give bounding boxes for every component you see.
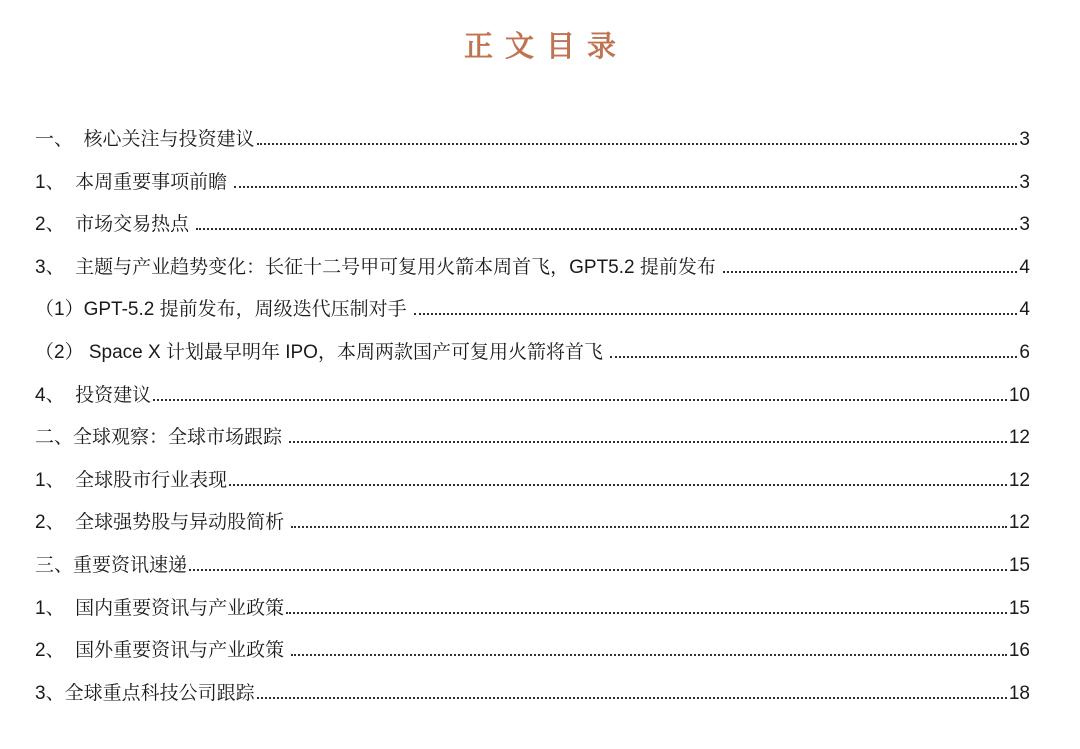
toc-leader-dots [289,441,1007,443]
toc-leader-dots [257,143,1018,145]
toc-entry[interactable]: 1、 国内重要资讯与产业政策 15 [35,582,1030,625]
toc-leader-dots [229,484,1007,486]
toc-entry-label: 二、全球观察：全球市场跟踪 [35,422,287,449]
toc-entry-page: 16 [1009,640,1030,662]
toc-entry-label: 1、 全球股市行业表现 [35,465,227,492]
toc-leader-dots [723,271,1017,273]
table-of-contents: 一、 核心关注与投资建议 3 1、 本周重要事项前瞻 3 2、 市场交易热点 3… [0,113,1080,709]
toc-entry[interactable]: 2、 国外重要资讯与产业政策 16 [35,624,1030,667]
toc-entry[interactable]: 1、 全球股市行业表现 12 [35,454,1030,497]
toc-entry-page: 18 [1009,683,1030,705]
toc-entry-page: 15 [1009,598,1030,620]
toc-entry[interactable]: （2） Space X 计划最早明年 IPO，本周两款国产可复用火箭将首飞 6 [35,326,1030,369]
toc-entry-label: 1、 本周重要事项前瞻 [35,167,232,194]
toc-entry-label: 三、重要资讯速递 [35,550,187,577]
page-title: 正文目录 [0,0,1080,65]
toc-entry-page: 4 [1019,257,1030,279]
toc-entry-label: （2） Space X 计划最早明年 IPO，本周两款国产可复用火箭将首飞 [35,337,608,364]
toc-entry-label: 2、 市场交易热点 [35,209,194,236]
toc-entry[interactable]: 3、全球重点科技公司跟踪 18 [35,667,1030,710]
toc-entry-label: 1、 国内重要资讯与产业政策 [35,593,284,620]
toc-entry-page: 3 [1019,129,1030,151]
toc-entry-page: 4 [1019,299,1030,321]
toc-entry-page: 10 [1009,385,1030,407]
toc-leader-dots [414,313,1018,315]
toc-entry-page: 6 [1019,342,1030,364]
toc-entry-label: 2、 国外重要资讯与产业政策 [35,635,289,662]
toc-leader-dots [291,654,1006,656]
toc-entry-label: 2、 全球强势股与异动股简析 [35,507,289,534]
toc-leader-dots [189,569,1007,571]
toc-leader-dots [257,697,1007,699]
toc-leader-dots [291,526,1006,528]
toc-entry[interactable]: 2、 全球强势股与异动股简析 12 [35,496,1030,539]
document-page: 正文目录 一、 核心关注与投资建议 3 1、 本周重要事项前瞻 3 2、 市场交… [0,0,1080,749]
toc-leader-dots [153,399,1007,401]
toc-leader-dots [196,228,1017,230]
toc-entry[interactable]: 二、全球观察：全球市场跟踪 12 [35,411,1030,454]
toc-entry[interactable]: （1）GPT-5.2 提前发布，周级迭代压制对手 4 [35,283,1030,326]
toc-entry-label: 3、全球重点科技公司跟踪 [35,678,255,705]
toc-leader-dots [610,356,1017,358]
toc-entry[interactable]: 三、重要资讯速递 15 [35,539,1030,582]
toc-entry[interactable]: 3、 主题与产业趋势变化：长征十二号甲可复用火箭本周首飞，GPT5.2 提前发布… [35,241,1030,284]
toc-entry-page: 12 [1009,512,1030,534]
toc-entry-page: 15 [1009,555,1030,577]
toc-leader-dots [234,186,1017,188]
toc-entry-label: 一、 核心关注与投资建议 [35,124,255,151]
toc-leader-dots [286,612,1007,614]
toc-entry[interactable]: 一、 核心关注与投资建议 3 [35,113,1030,156]
toc-entry-page: 12 [1009,427,1030,449]
toc-entry-label: 3、 主题与产业趋势变化：长征十二号甲可复用火箭本周首飞，GPT5.2 提前发布 [35,252,721,279]
toc-entry-page: 3 [1019,172,1030,194]
toc-entry[interactable]: 1、 本周重要事项前瞻 3 [35,156,1030,199]
toc-entry[interactable]: 2、 市场交易热点 3 [35,198,1030,241]
toc-entry-page: 12 [1009,470,1030,492]
toc-entry-label: 4、 投资建议 [35,380,151,407]
toc-entry-label: （1）GPT-5.2 提前发布，周级迭代压制对手 [35,294,412,321]
toc-entry-page: 3 [1019,214,1030,236]
toc-entry[interactable]: 4、 投资建议 10 [35,369,1030,412]
